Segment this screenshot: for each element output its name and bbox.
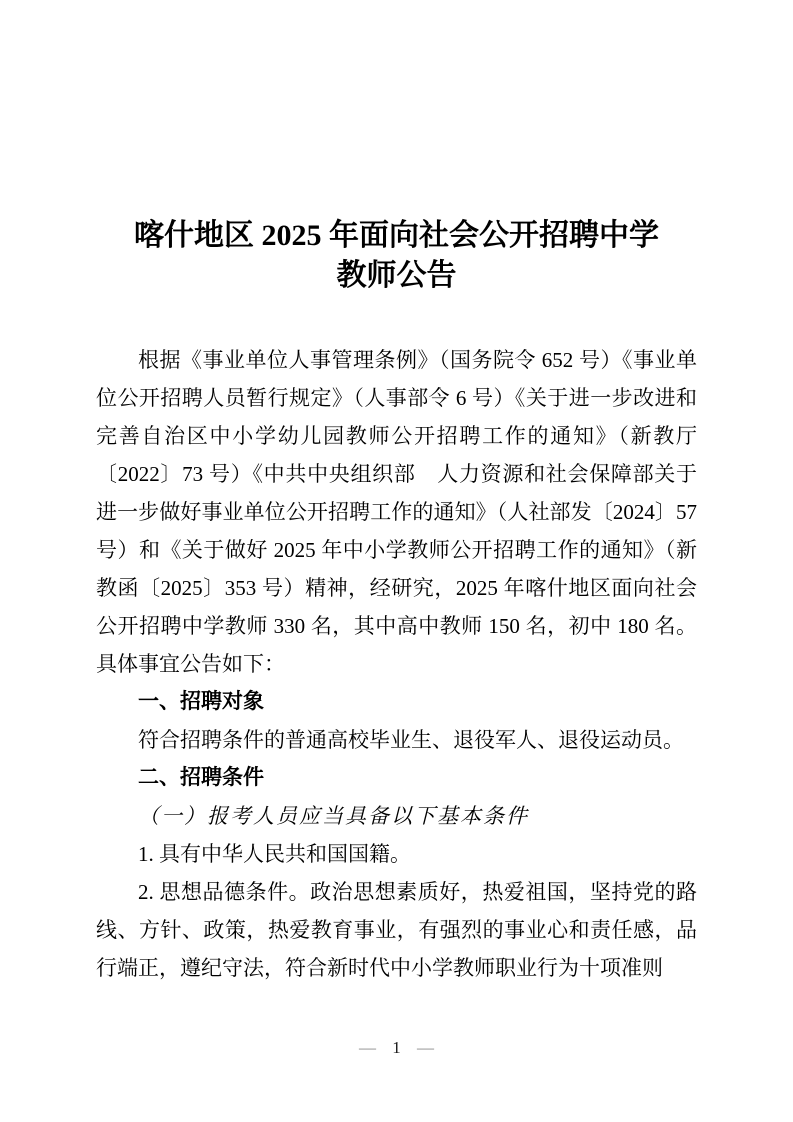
document-page: 喀什地区 2025 年面向社会公开招聘中学 教师公告 根据《事业单位人事管理条例… [0,0,793,1122]
page-number: 1 [392,1038,401,1057]
section-heading-recruitment-targets: 一、招聘对象 [96,683,697,721]
condition-item-1: 1. 具有中华人民共和国国籍。 [96,835,697,873]
page-title-line-2: 教师公告 [0,256,793,296]
section-heading-recruitment-conditions: 二、招聘条件 [96,759,697,797]
page-footer: — 1 — [0,1038,793,1058]
document-body: 根据《事业单位人事管理条例》（国务院令 652 号）《事业单位公开招聘人员暂行规… [0,341,793,987]
subsection-heading-basic-conditions: （一）报考人员应当具备以下基本条件 [96,797,697,835]
footer-dash-left: — [359,1038,376,1057]
footer-dash-right: — [417,1038,434,1057]
condition-item-2: 2. 思想品德条件。政治思想素质好，热爱祖国，坚持党的路线、方针、政策，热爱教育… [96,873,697,987]
recruitment-targets-paragraph: 符合招聘条件的普通高校毕业生、退役军人、退役运动员。 [96,721,697,759]
intro-paragraph: 根据《事业单位人事管理条例》（国务院令 652 号）《事业单位公开招聘人员暂行规… [96,341,697,683]
page-title-line-1: 喀什地区 2025 年面向社会公开招聘中学 [0,216,793,256]
page-title: 喀什地区 2025 年面向社会公开招聘中学 教师公告 [0,0,793,296]
